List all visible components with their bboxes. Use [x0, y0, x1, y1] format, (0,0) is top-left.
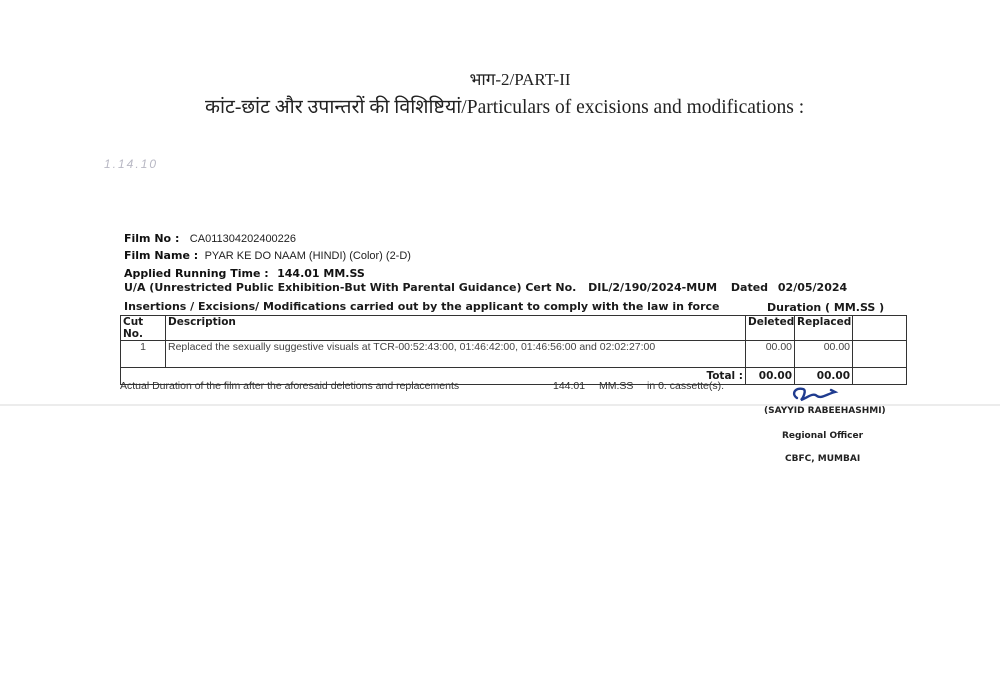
signatory-designation: Regional Officer [782, 431, 863, 441]
dated-value: 02/05/2024 [778, 281, 847, 294]
dated-label: Dated [731, 281, 768, 294]
cell-description: Replaced the sexually suggestive visuals… [166, 341, 746, 368]
cell-deleted: 00.00 [746, 341, 795, 368]
signature-icon [787, 384, 843, 404]
total-replaced: 00.00 [795, 368, 853, 385]
table-header-row: Cut No. Description Deleted Replaced [121, 316, 907, 341]
actual-duration-unit: MM.SS [599, 380, 633, 392]
film-no-value: CA011304202400226 [190, 233, 296, 245]
duration-header: Duration ( MM.SS ) [767, 301, 884, 314]
total-blank [853, 368, 907, 385]
actual-duration-value: 144.01 [553, 380, 585, 392]
modifications-table: Cut No. Description Deleted Replaced 1 R… [120, 315, 907, 385]
signatory-office: CBFC, MUMBAI [785, 454, 860, 464]
col-header-cut-no: Cut No. [121, 316, 166, 341]
col-header-description: Description [166, 316, 746, 341]
total-deleted: 00.00 [746, 368, 795, 385]
handwritten-note: 1.14.10 [104, 157, 158, 171]
table-row: 1 Replaced the sexually suggestive visua… [121, 341, 907, 368]
film-name-label: Film Name : [124, 249, 198, 262]
running-time-value: 144.01 MM.SS [277, 267, 365, 280]
film-name-row: Film Name : PYAR KE DO NAAM (HINDI) (Col… [124, 246, 411, 264]
actual-duration-label: Actual Duration of the film after the af… [120, 380, 459, 392]
cell-blank [853, 341, 907, 368]
cell-replaced: 00.00 [795, 341, 853, 368]
signatory-name: (SAYYID RABEEHASHMI) [764, 406, 886, 416]
running-time-label: Applied Running Time : [124, 267, 269, 280]
running-time-row: Applied Running Time : 144.01 MM.SS [124, 264, 365, 282]
film-name-value: PYAR KE DO NAAM (HINDI) (Color) (2-D) [205, 250, 411, 262]
certificate-category: U/A (Unrestricted Public Exhibition-But … [124, 281, 576, 294]
actual-duration-cassettes: in 0. cassette(s). [647, 380, 724, 392]
cell-cut-no: 1 [121, 341, 166, 368]
modifications-intro: Insertions / Excisions/ Modifications ca… [124, 300, 720, 313]
col-header-blank [853, 316, 907, 341]
col-header-deleted: Deleted [746, 316, 795, 341]
document-title: कांट-छांट और उपान्तरों की विशिष्टियां/Pa… [205, 92, 804, 119]
col-header-replaced: Replaced [795, 316, 853, 341]
part-heading: भाग-2/PART-II [0, 67, 1000, 90]
certificate-row: U/A (Unrestricted Public Exhibition-But … [124, 281, 847, 294]
certificate-number: DIL/2/190/2024-MUM [588, 281, 717, 294]
film-no-row: Film No : CA011304202400226 [124, 229, 296, 247]
film-no-label: Film No : [124, 232, 179, 245]
